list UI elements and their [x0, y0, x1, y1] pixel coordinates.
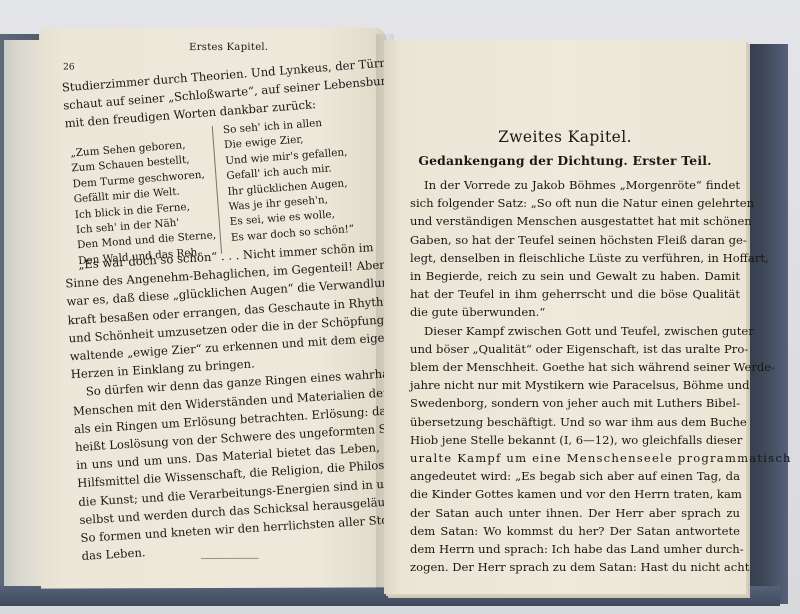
text-line: uralte Kampf um eine Menschenseele progr… [410, 449, 740, 467]
body-text: „Es war doch so schön“ . . . Nicht immer… [64, 238, 386, 565]
text-line: die Kinder Gottes kamen und vor den Herr… [410, 485, 740, 503]
body-text: In der Vorrede zu Jakob Böhmes „Morgenrö… [410, 176, 740, 576]
text-line: dem Satan: Wo kommst du her? Der Satan a… [410, 522, 740, 540]
text-line: legt, denselben in fleischliche Lüste zu… [410, 249, 740, 267]
text-line: blem der Menschheit. Goethe hat sich wäh… [410, 358, 740, 376]
text-line: Gaben, so hat der Teufel seinen höchsten… [410, 231, 740, 249]
text-line: Dieser Kampf zwischen Gott und Teufel, z… [410, 322, 740, 340]
text-line: jahre nicht nur mit Mystikern wie Parace… [410, 376, 740, 394]
left-page: Erstes Kapitel. 26 Studierzimmer durch T… [39, 27, 389, 588]
text-line: zogen. Der Herr sprach zu dem Satan: Has… [410, 558, 740, 576]
text-line: sich folgender Satz: „So oft nun die Nat… [410, 194, 740, 212]
text-line: in Begierde, reich zu sein und Gewalt zu… [410, 267, 740, 285]
page-number: 26 [63, 62, 74, 72]
running-head: Erstes Kapitel. [189, 42, 268, 53]
text-line: Hiob jene Stelle bekannt (I, 6—12), wo g… [410, 431, 740, 449]
right-page: Zweites Kapitel. Gedankengang der Dichtu… [384, 40, 746, 594]
text-line: der Satan auch unter ihnen. Der Herr abe… [410, 504, 740, 522]
text-line: dem Herrn und sprach: Ich habe das Land … [410, 540, 740, 558]
text-line: angedeutet wird: „Es begab sich aber auf… [410, 467, 740, 485]
text-line: und verständigen Menschen ausgestattet h… [410, 212, 740, 230]
chapter-subtitle: Gedankengang der Dichtung. Erster Teil. [384, 153, 746, 168]
text-line: hat der Teufel in ihm geherrscht und die… [410, 285, 740, 303]
chapter-title: Zweites Kapitel. [384, 128, 746, 146]
text-line: die gute überwunden.“ [410, 303, 740, 321]
text-line: und böser „Qualität“ oder Eigenschaft, i… [410, 340, 740, 358]
poem-stanza-right: So seh' ich in allen Die ewige Zier, Und… [223, 112, 382, 246]
text-line: In der Vorrede zu Jakob Böhmes „Morgenrö… [410, 176, 740, 194]
end-rule [201, 558, 259, 559]
text-line: übersetzung beschäftigt. Und so war ihm … [410, 413, 740, 431]
text-line: Swedenborg, sondern von jeher auch mit L… [410, 394, 740, 412]
